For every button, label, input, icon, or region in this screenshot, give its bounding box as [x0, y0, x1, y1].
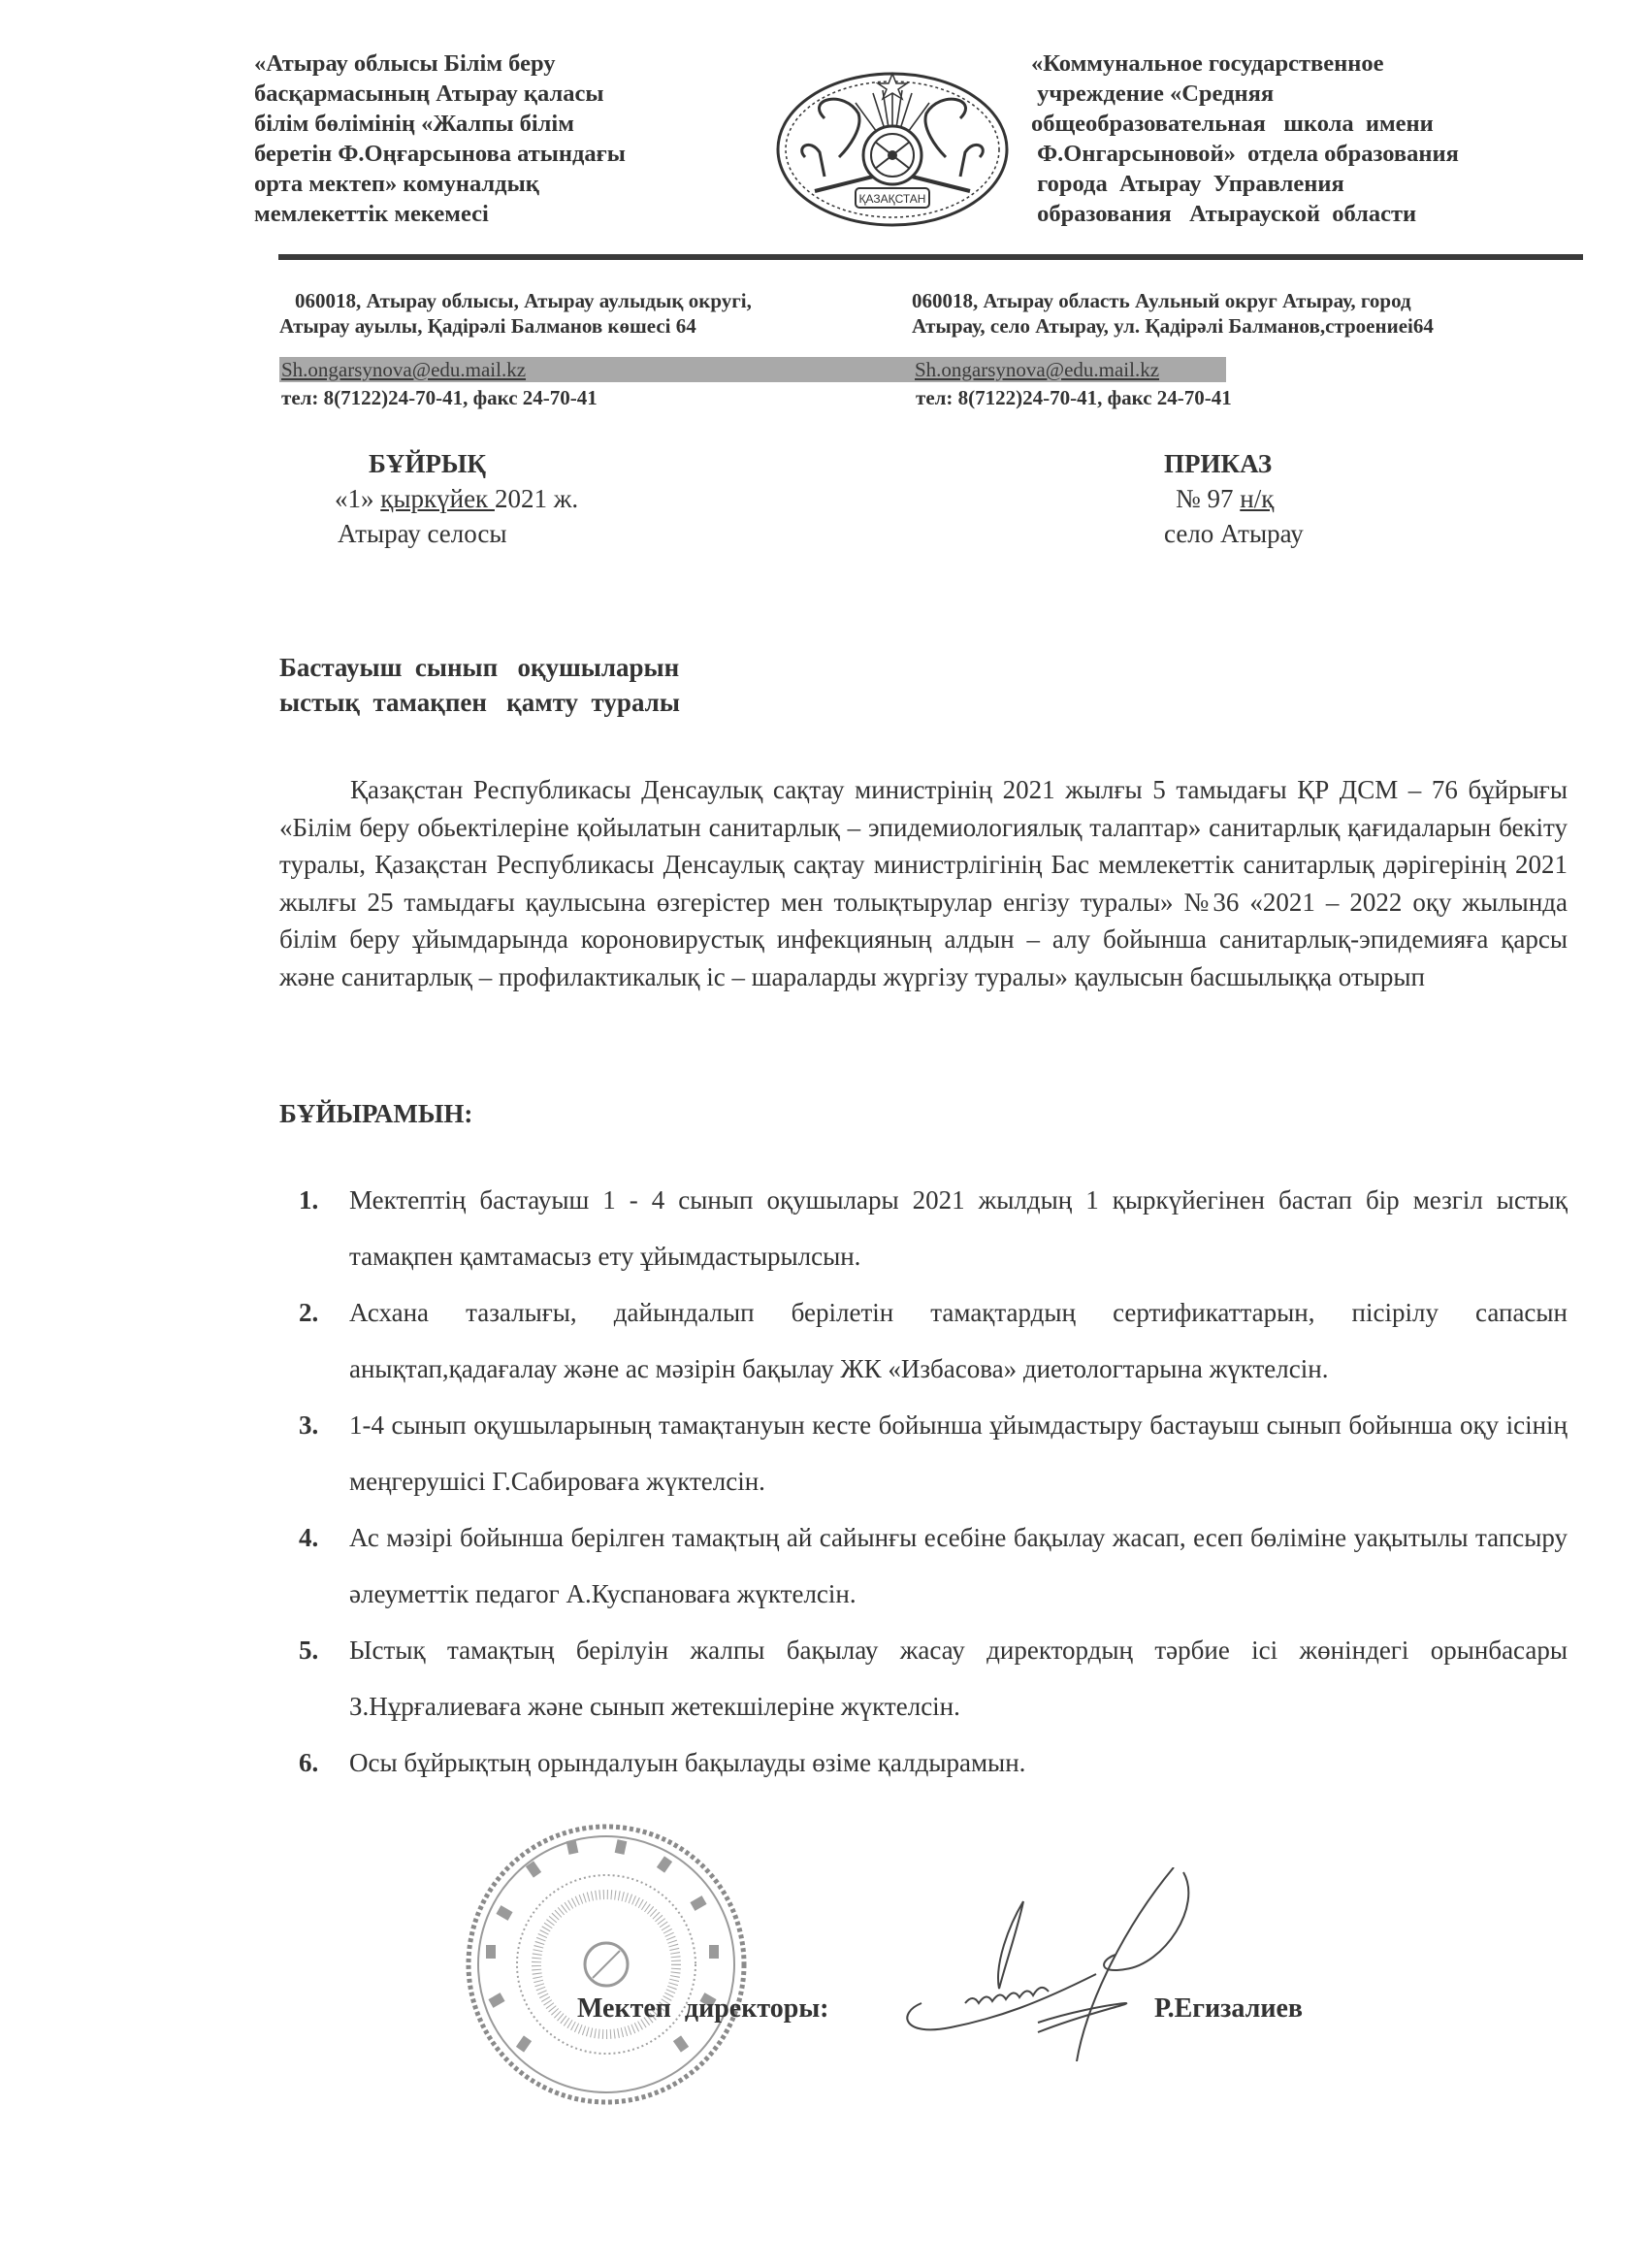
header-kz-line: «Атырау облысы Білім беру [254, 49, 710, 79]
order-number-suffix: н/қ [1240, 484, 1274, 513]
kazakhstan-state-emblem-icon: ҚАЗАҚСТАН [766, 60, 1018, 235]
header-kz-line: басқармасының Атырау қаласы [254, 79, 710, 109]
order-item-number: 1. [299, 1172, 318, 1228]
header-kz-line: орта мектеп» комуналдық [254, 169, 710, 199]
director-name: Р.Егизалиев [1154, 1993, 1303, 2025]
header-kz-line: беретін Ф.Оңғарсынова атындағы [254, 139, 710, 169]
email-link-ru[interactable]: Sh.ongarsynova@edu.mail.kz [915, 357, 1159, 382]
header-kz-line: мемлекеттік мекемесі [254, 199, 710, 229]
order-command: БҰЙЫРАМЫН: [279, 1099, 472, 1129]
order-date-kz: «1» қыркүйек 2021 ж. [335, 481, 578, 516]
header-ru-line: образования Атырауской области [1031, 199, 1594, 229]
order-item-number: 4. [299, 1509, 318, 1566]
order-item-text: Ыстық тамақтың берілуін жалпы бақылау жа… [349, 1636, 1568, 1721]
order-header-ru: ПРИКАЗ № 97 н/қ село Атырау [1164, 446, 1304, 551]
header-kz-organization: «Атырау облысы Білім беру басқармасының … [254, 49, 710, 229]
order-number-ru: № 97 н/қ [1164, 481, 1304, 516]
address-kz-line: Атырау ауылы, Қадірәлі Балманов көшесі 6… [279, 313, 752, 339]
order-subject: Бастауыш сынып оқушыларын ыстық тамақпен… [279, 650, 680, 720]
order-place-kz: Атырау селосы [335, 516, 578, 551]
handwritten-signature-icon [892, 1867, 1212, 2061]
director-label: Мектеп директоры: [577, 1993, 829, 2025]
address-kz: 060018, Атырау облысы, Атырау аулыдық ок… [279, 288, 752, 339]
order-item: 1. Мектептің бастауыш 1 - 4 сынып оқушыл… [291, 1172, 1568, 1284]
phone-fax-ru: тел: 8(7122)24-70-41, факс 24-70-41 [916, 386, 1232, 410]
email-link-kz[interactable]: Sh.ongarsynova@edu.mail.kz [281, 357, 526, 382]
header-ru-line: города Атырау Управления [1031, 169, 1594, 199]
order-item: 2. Асхана тазалығы, дайындалып берілетін… [291, 1284, 1568, 1397]
address-ru-line: 060018, Атырау область Аульный округ Аты… [912, 288, 1434, 313]
order-item-text: Асхана тазалығы, дайындалып берілетін та… [349, 1298, 1568, 1383]
order-item-text: Осы бұйрықтың орындалуын бақылауды өзіме… [349, 1748, 1025, 1777]
header-ru-line: Ф.Онгарсыновой» отдела образования [1031, 139, 1594, 169]
order-date-year: 2021 ж. [495, 484, 578, 513]
svg-text:ҚАЗАҚСТАН: ҚАЗАҚСТАН [859, 192, 926, 206]
order-item-number: 3. [299, 1397, 318, 1453]
order-item-text: Мектептің бастауыш 1 - 4 сынып оқушылары… [349, 1185, 1568, 1271]
phone-fax-kz: тел: 8(7122)24-70-41, факс 24-70-41 [281, 386, 598, 410]
order-item-number: 5. [299, 1622, 318, 1678]
order-header-kz: БҰЙРЫҚ «1» қыркүйек 2021 ж. Атырау селос… [335, 446, 578, 551]
order-subject-line: Бастауыш сынып оқушыларын [279, 650, 680, 685]
order-item-text: Ас мәзірі бойынша берілген тамақтың ай с… [349, 1523, 1568, 1608]
order-title-kz: БҰЙРЫҚ [335, 446, 578, 481]
order-item: 6. Осы бұйрықтың орындалуын бақылауды өз… [291, 1734, 1568, 1791]
address-ru-line: Атырау, село Атырау, ул. Қадірәлі Балман… [912, 313, 1434, 339]
round-school-seal-icon [461, 1819, 752, 2110]
address-ru: 060018, Атырау область Аульный округ Аты… [912, 288, 1434, 339]
header-ru-line: учреждение «Средняя [1031, 79, 1594, 109]
order-date-day: «1» [335, 484, 380, 513]
header-ru-line: «Коммунальное государственное [1031, 49, 1594, 79]
address-kz-line: 060018, Атырау облысы, Атырау аулыдық ок… [279, 288, 752, 313]
header-divider [278, 254, 1583, 260]
header-ru-organization: «Коммунальное государственное учреждение… [1031, 49, 1594, 229]
order-item-number: 2. [299, 1284, 318, 1341]
order-number: № 97 [1176, 484, 1240, 513]
order-preamble: Қазақстан Республикасы Денсаулық сақтау … [279, 771, 1568, 995]
order-place-ru: село Атырау [1164, 516, 1304, 551]
header-ru-line: общеобразовательная школа имени [1031, 109, 1594, 139]
order-item: 3. 1-4 сынып оқушыларының тамақтануын ке… [291, 1397, 1568, 1509]
order-item: 5. Ыстық тамақтың берілуін жалпы бақылау… [291, 1622, 1568, 1734]
order-title-ru: ПРИКАЗ [1164, 446, 1304, 481]
order-item-text: 1-4 сынып оқушыларының тамақтануын кесте… [349, 1410, 1568, 1496]
header-kz-line: білім бөлімінің «Жалпы білім [254, 109, 710, 139]
order-item: 4. Ас мәзірі бойынша берілген тамақтың а… [291, 1509, 1568, 1622]
order-item-number: 6. [299, 1734, 318, 1791]
order-date-month: қыркүйек [380, 484, 495, 513]
order-items: 1. Мектептің бастауыш 1 - 4 сынып оқушыл… [291, 1172, 1568, 1791]
order-subject-line: ыстық тамақпен қамту туралы [279, 685, 680, 720]
